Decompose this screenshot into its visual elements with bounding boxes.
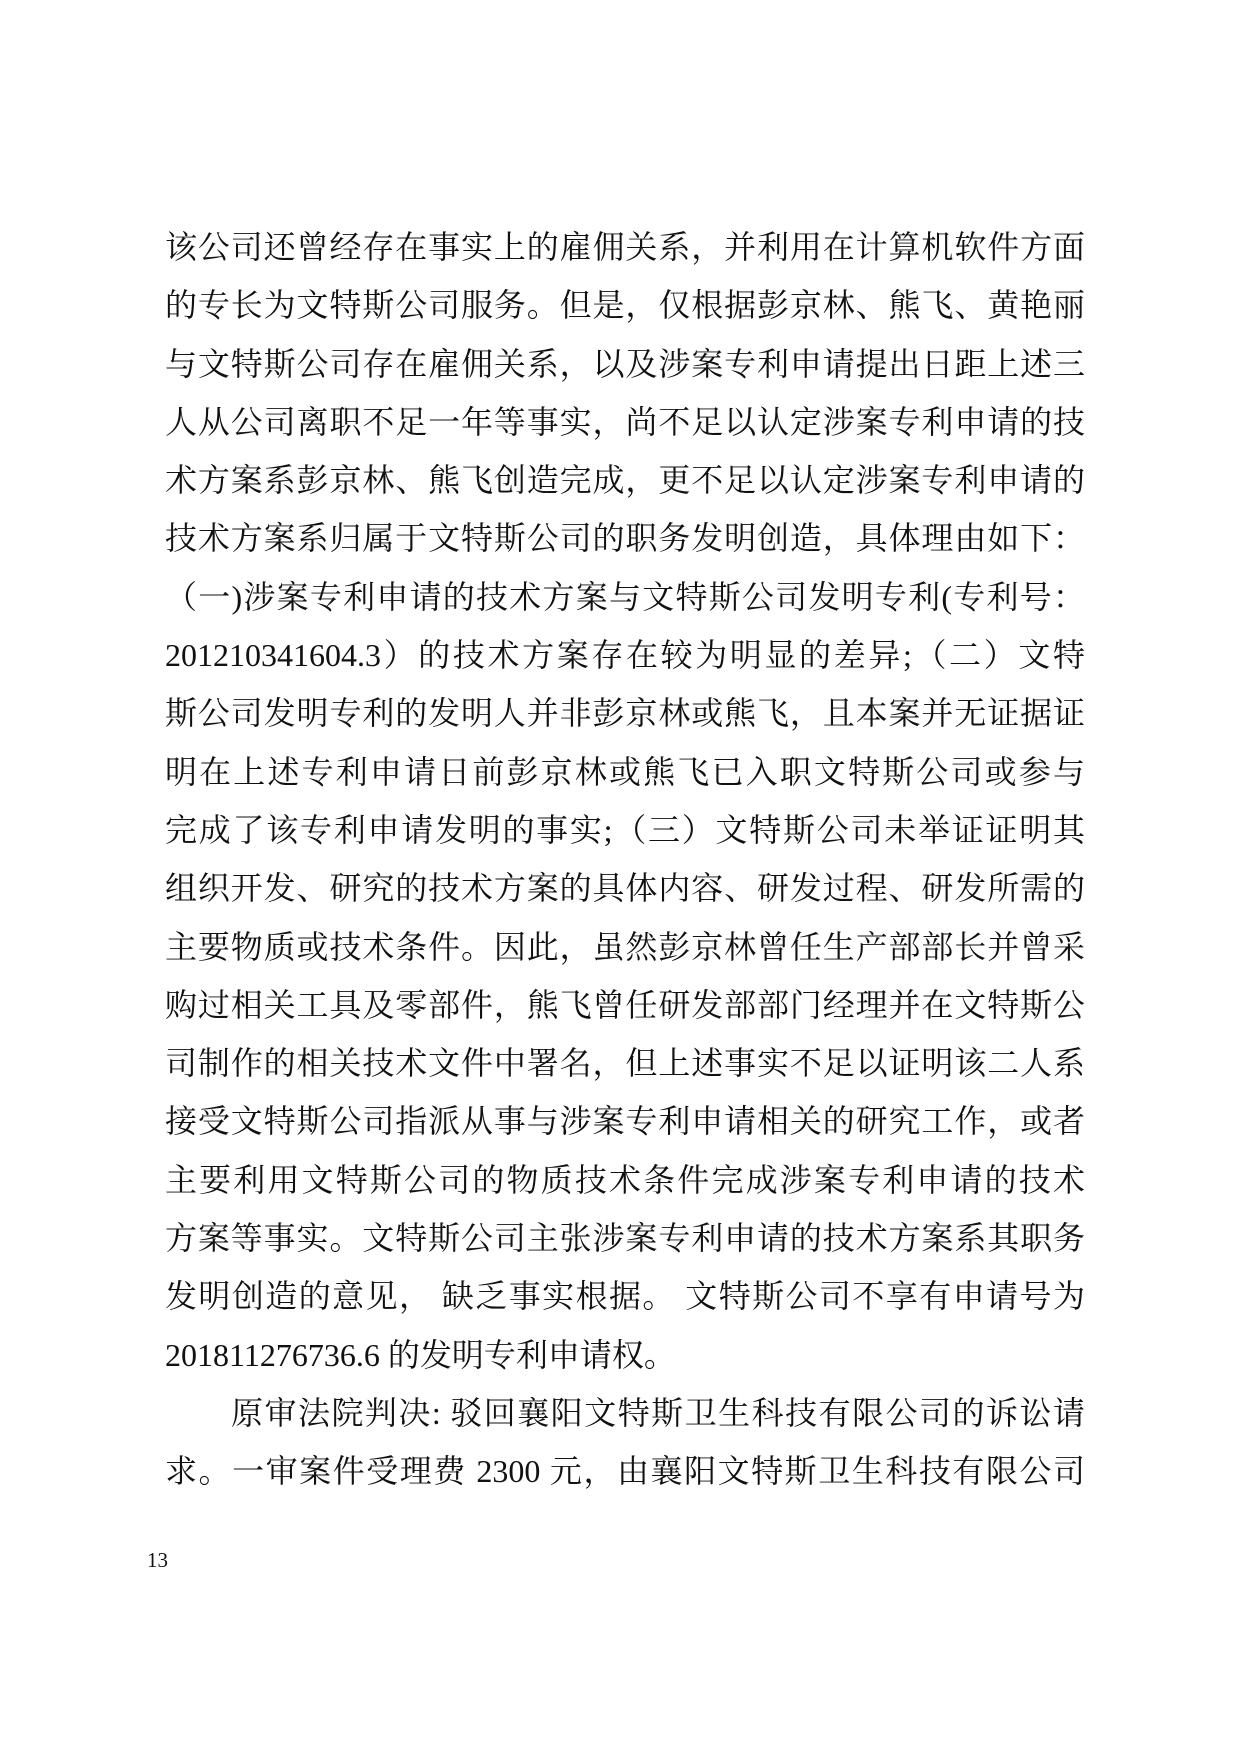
document-page: 该公司还曾经存在事实上的雇佣关系，并利用在计算机软件方面 的专长为文特斯公司服务… [0,0,1240,1754]
text-line: 司制作的相关技术文件中署名，但上述事实不足以证明该二人系 [165,1034,1085,1092]
text-line: 人从公司离职不足一年等事实，尚不足以认定涉案专利申请的技 [165,393,1085,451]
text-line: 方案等事实。文特斯公司主张涉案专利申请的技术方案系其职务 [165,1209,1085,1267]
page-number: 13 [147,1547,168,1573]
text-line: 与文特斯公司存在雇佣关系，以及涉案专利申请提出日距上述三 [165,335,1085,393]
text-line: 接受文特斯公司指派从事与涉案专利申请相关的研究工作，或者 [165,1092,1085,1150]
text-line: 购过相关工具及零部件，熊飞曾任研发部部门经理并在文特斯公 [165,976,1085,1034]
text-line: 完成了该专利申请发明的事实;（三）文特斯公司未举证证明其 [165,801,1085,859]
text-line: 发明创造的意见， 缺乏事实根据。 文特斯公司不享有申请号为 [165,1267,1085,1325]
text-line: 主要物质或技术条件。因此，虽然彭京林曾任生产部部长并曾采 [165,918,1085,976]
paragraph-judgment: 原审法院判决: 驳回襄阳文特斯卫生科技有限公司的诉讼请 求。一审案件受理费 23… [165,1384,1085,1501]
text-line: 术方案系彭京林、熊飞创造完成，更不足以认定涉案专利申请的 [165,451,1085,509]
text-line: 技术方案系归属于文特斯公司的职务发明创造，具体理由如下： [165,509,1085,567]
text-line: 该公司还曾经存在事实上的雇佣关系，并利用在计算机软件方面 [165,218,1085,276]
text-line: 求。一审案件受理费 2300 元，由襄阳文特斯卫生科技有限公司 [165,1442,1085,1500]
text-line: 组织开发、研究的技术方案的具体内容、研发过程、研发所需的 [165,859,1085,917]
text-line: 的专长为文特斯公司服务。但是，仅根据彭京林、熊飞、黄艳丽 [165,276,1085,334]
text-line: 原审法院判决: 驳回襄阳文特斯卫生科技有限公司的诉讼请 [165,1384,1085,1442]
text-line: （一)涉案专利申请的技术方案与文特斯公司发明专利(专利号： [165,568,1085,626]
document-text-block: 该公司还曾经存在事实上的雇佣关系，并利用在计算机软件方面 的专长为文特斯公司服务… [165,218,1085,1501]
text-line: 明在上述专利申请日前彭京林或熊飞已入职文特斯公司或参与 [165,743,1085,801]
text-line: 201210341604.3）的技术方案存在较为明显的差异;（二）文特 [165,626,1085,684]
text-line: 斯公司发明专利的发明人并非彭京林或熊飞，且本案并无证据证 [165,684,1085,742]
paragraph-continuation: 该公司还曾经存在事实上的雇佣关系，并利用在计算机软件方面 的专长为文特斯公司服务… [165,218,1085,1384]
text-line: 201811276736.6 的发明专利申请权。 [165,1326,1085,1384]
text-line: 主要利用文特斯公司的物质技术条件完成涉案专利申请的技术 [165,1151,1085,1209]
